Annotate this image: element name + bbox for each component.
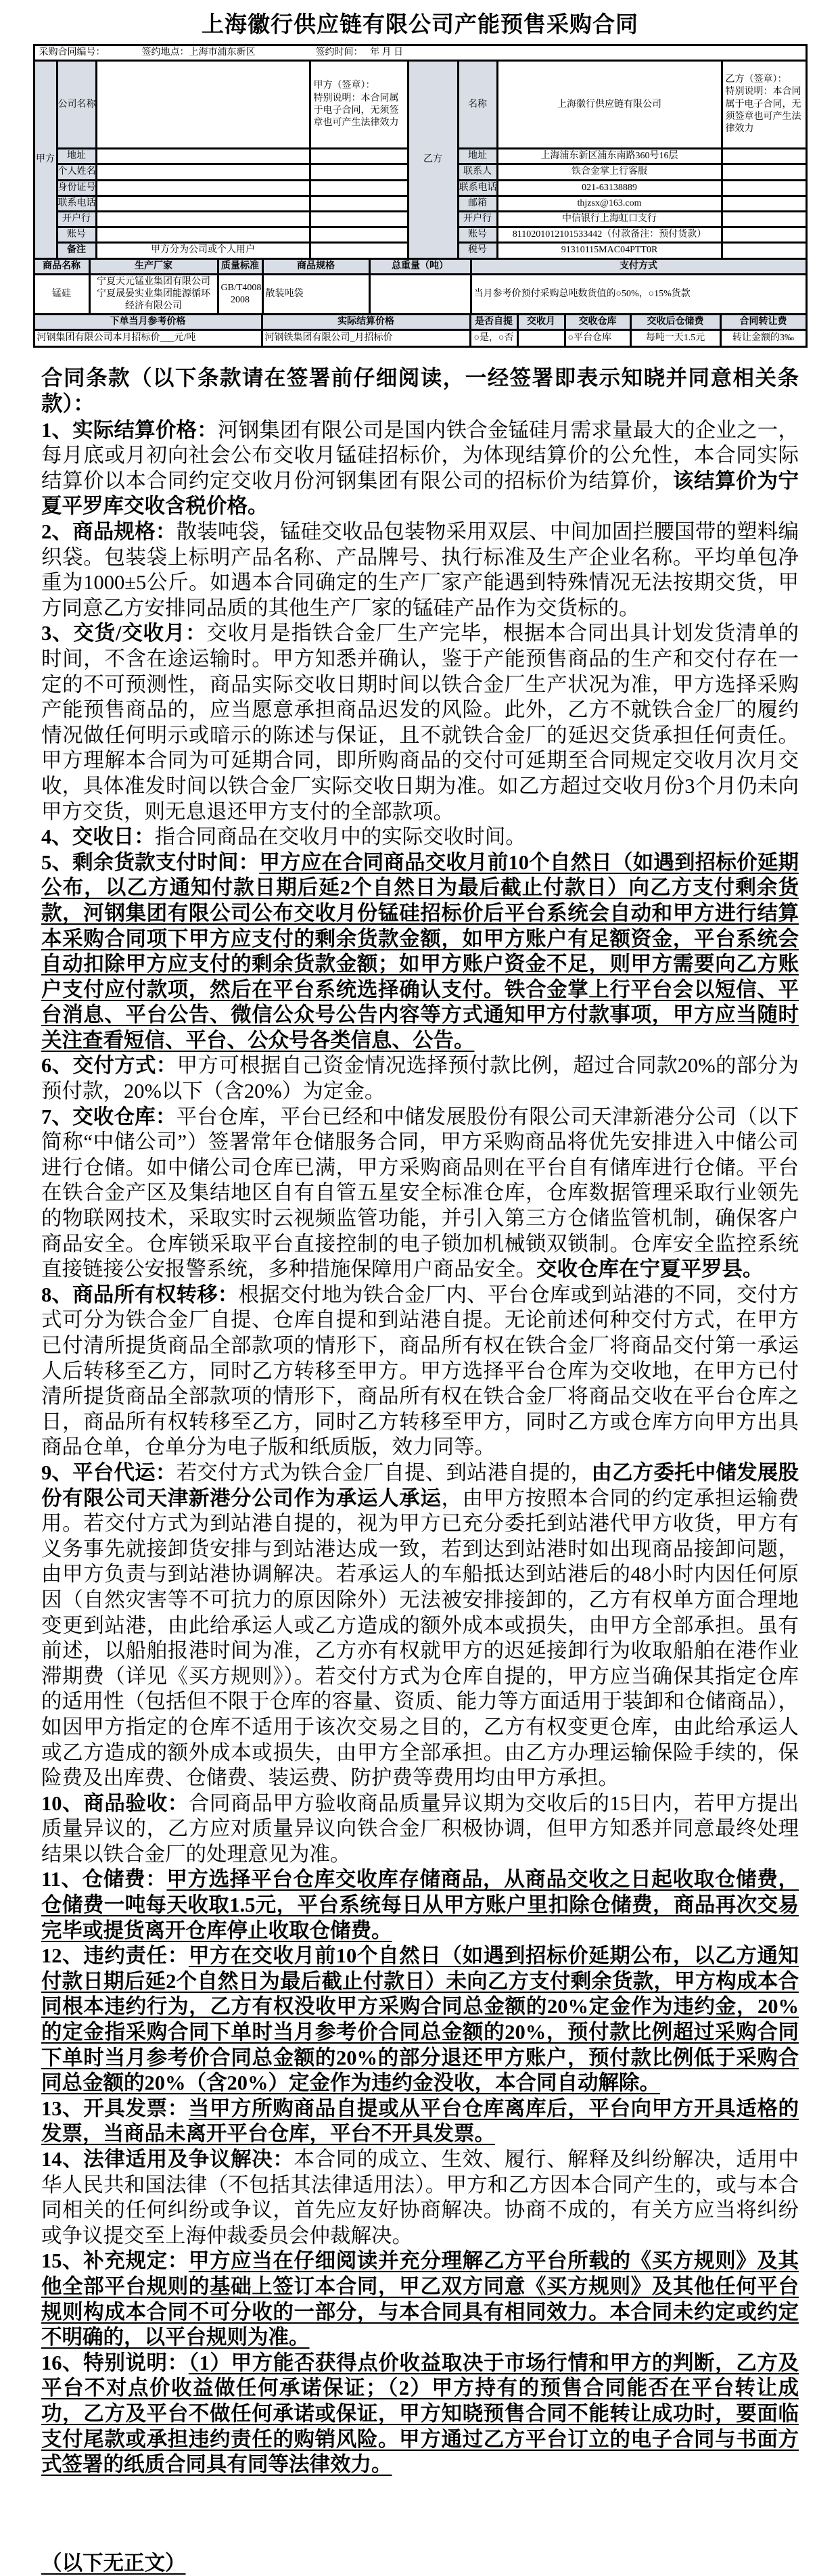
- clause-segment: 交收仓库在宁夏平罗县。: [536, 1258, 764, 1281]
- transfer-fee-value: 转让金额的3‰: [720, 330, 806, 347]
- clause-segment: 2、商品规格：: [41, 520, 177, 543]
- party-a-sign-empty: [310, 195, 408, 211]
- clause-segment: 若交付方式为铁合金厂自提、到站港自提的，: [177, 1461, 592, 1484]
- price-header: 下单当月参考价格: [34, 315, 262, 330]
- clause-segment: 16、特别说明：: [41, 2351, 189, 2374]
- clause-segment: 平台仓库，平台已经和中储发展股份有限公司天津新港分公司（以下简称“中储公司”）签…: [41, 1105, 799, 1281]
- product-table: 商品名称 生产厂家 质量标准 商品规格 总重量（吨） 支付方式 锰硅 宁夏天元锰…: [33, 258, 808, 316]
- party-b-sign-empty: [722, 164, 806, 180]
- party-b-row-label: 联系人: [458, 164, 497, 180]
- price-header: 合同转让费: [720, 315, 806, 330]
- product-producer: 宁夏天元锰业集团有限公司 宁夏晟晏实业集团能源循环经济有限公司: [89, 274, 218, 315]
- party-b-row-value: 91310115MAC04PTT0R: [497, 243, 722, 258]
- party-b-sign-empty: [722, 227, 806, 243]
- self-pickup-option: ○是，○否: [470, 330, 517, 347]
- clause: 1、实际结算价格：河钢集团有限公司是国内铁合金锰硅月需求量最大的企业之一，每月底…: [41, 418, 799, 520]
- clause: 11、仓储费：甲方选择平台仓库交收库存储商品，从商品交收之日起收取仓储费，仓储费…: [41, 1867, 799, 1943]
- party-b-row-label: 税号: [458, 243, 497, 258]
- party-a-row-value: 甲方分为公司或个人用户: [96, 243, 310, 258]
- meta-row: 采购合同编号： 签约地点：上海市浦东新区 签约时间： 年 月 日: [34, 45, 806, 61]
- clause: 4、交收日：指合同商品在交收月中的实际交收时间。: [41, 825, 799, 850]
- clause-segment: 8、商品所有权转移：: [41, 1283, 239, 1306]
- clause: 6、交付方式：甲方可根据自己资金情况选择预付款比例，超过合同款20%的部分为预付…: [41, 1053, 799, 1104]
- party-a-row-value: [96, 149, 310, 164]
- party-a-row-label: 地址: [57, 149, 96, 164]
- party-a-row-label: 账号: [57, 227, 96, 243]
- product-payment: 当月参考价预付采购总吨数货值的○50%，○15%货款: [471, 274, 806, 315]
- clause-segment: 13、开具发票：: [41, 2097, 189, 2120]
- price-settle-value: 河钢铁集团有限公司_月招标价: [262, 330, 470, 347]
- clause-segment: 1、实际结算价格：: [41, 419, 218, 442]
- clause-segment: 10、商品验收：: [41, 1792, 189, 1815]
- page-title: 上海徽行供应链有限公司产能预售采购合同: [0, 7, 840, 39]
- party-table: 采购合同编号： 签约地点：上海市浦东新区 签约时间： 年 月 日 甲方 公司名称…: [33, 44, 808, 260]
- clause-list: 1、实际结算价格：河钢集团有限公司是国内铁合金锰硅月需求量最大的企业之一，每月底…: [41, 418, 799, 2478]
- clause-segment: 11、仓储费：: [41, 1868, 166, 1891]
- party-a-row-label: 联系电话: [57, 195, 96, 211]
- party-b-sign-empty: [722, 243, 806, 258]
- contract-terms: 合同条款（以下条款请在签署前仔细阅读，一经签署即表示知晓并同意相关条款）： 1、…: [41, 365, 799, 2576]
- party-b-sign-empty: [722, 180, 806, 195]
- party-b-row-label: 联系电话: [458, 180, 497, 195]
- party-b-row-value: 8110201012101533442（付款备注：预付货款）: [497, 227, 722, 243]
- delivery-month-value: [517, 330, 565, 347]
- clause-segment: ，由甲方按照本合同的约定承担运输费用。若交付方式为到站港自提的，视为甲方已充分委…: [41, 1487, 799, 1790]
- clause: 12、违约责任：甲方在交收月前10个自然日（如遇到招标价延期公布，以乙方通知付款…: [41, 1943, 799, 2096]
- product-name: 锰硅: [34, 274, 89, 315]
- clause: 9、平台代运：若交付方式为铁合金厂自提、到站港自提的，由乙方委托中储发展股份有限…: [41, 1460, 799, 1791]
- price-table: 下单当月参考价格 实际结算价格 是否自提 交收月 交收仓库 交收后仓储费 合同转…: [33, 313, 808, 348]
- party-a-signature-cell: 甲方（签章）： 特别说明：本合同属于电子合同，无须签章也可产生法律效力: [310, 61, 408, 149]
- price-header: 是否自提: [470, 315, 517, 330]
- party-b-row-value: thjzsx@163.com: [497, 195, 722, 211]
- product-standard: GB/T4008-2008: [218, 274, 262, 315]
- product-header: 商品名称: [34, 258, 89, 274]
- party-a-row-value: [96, 211, 310, 227]
- party-a-row-value: [96, 195, 310, 211]
- clause-segment: 15、补充规定：: [41, 2249, 189, 2272]
- clause: 2、商品规格：散装吨袋，锰硅交收品包装物采用双层、中间加固拦腰国带的塑料编织袋。…: [41, 520, 799, 621]
- clause-segment: 5、剩余货款支付时间：: [41, 851, 259, 874]
- party-b-row-value: 021-63138889: [497, 180, 722, 195]
- clause: 8、商品所有权转移：根据交付地为铁合金厂内、平台仓库或到站港的不同，交付方式可分…: [41, 1283, 799, 1460]
- party-a-row-label: 备注: [57, 243, 96, 258]
- party-b-row-label: 开户行: [458, 211, 497, 227]
- party-b-row-label: 账号: [458, 227, 497, 243]
- clause: 16、特别说明：（1）甲方能否获得点价收益取决于市场行情和甲方的判断，乙方及平台…: [41, 2351, 799, 2478]
- party-b-row-label: 邮箱: [458, 195, 497, 211]
- party-a-sign-empty: [310, 227, 408, 243]
- party-b-row-value: 上海浦东新区浦东南路360号16层: [497, 149, 722, 164]
- party-a-row-value: [96, 164, 310, 180]
- price-header: 交收后仓储费: [630, 315, 720, 330]
- party-a-sign-empty: [310, 243, 408, 258]
- product-header: 商品规格: [262, 258, 369, 274]
- clause: 5、剩余货款支付时间：甲方应在合同商品交收月前10个自然日（如遇到招标价延期公布…: [41, 850, 799, 1054]
- delivery-warehouse-option: ○平台仓库: [565, 330, 630, 347]
- clause-segment: 交收月是指铁合金厂生产完毕，根据本合同出具计划发货清单的时间，不含在途运输时。甲…: [41, 622, 799, 823]
- product-header: 总重量（吨）: [369, 258, 471, 274]
- party-a-row-label: 个人姓名: [57, 164, 96, 180]
- clause: 15、补充规定：甲方应当在仔细阅读并充分理解乙方平台所载的《买方规则》及其他全部…: [41, 2249, 799, 2350]
- party-a-company-value: [96, 61, 310, 149]
- party-b-row-label: 名称: [458, 61, 497, 149]
- clause: 13、开具发票：当甲方所购商品自提或从平台仓库离库后，平台向甲方开具适格的发票，…: [41, 2096, 799, 2147]
- party-a-row-value: [96, 227, 310, 243]
- party-b-row-label: 地址: [458, 149, 497, 164]
- product-header: 质量标准: [218, 258, 262, 274]
- clause-segment: 9、平台代运：: [41, 1461, 177, 1484]
- party-a-sign-empty: [310, 164, 408, 180]
- party-b-signature-cell: 乙方（签章）： 特别说明：本合同属于电子合同，无须签章也可产生法律效力: [722, 61, 806, 149]
- clause: 3、交货/交收月：交收月是指铁合金厂生产完毕，根据本合同出具计划发货清单的时间，…: [41, 621, 799, 825]
- clause: 10、商品验收：合同商品甲方验收商品质量异议期为交收后的15日内，若甲方提出质量…: [41, 1791, 799, 1868]
- clause: 7、交收仓库：平台仓库，平台已经和中储发展股份有限公司天津新港分公司（以下简称“…: [41, 1105, 799, 1283]
- party-a-tag: 甲方: [34, 61, 57, 258]
- party-a-row-label: 开户行: [57, 211, 96, 227]
- party-b-row-value: 中信银行上海虹口支行: [497, 211, 722, 227]
- price-header: 实际结算价格: [262, 315, 470, 330]
- party-a-row-value: [96, 180, 310, 195]
- clause-segment: 7、交收仓库：: [41, 1105, 177, 1128]
- terms-heading: 合同条款（以下条款请在签署前仔细阅读，一经签署即表示知晓并同意相关条款）：: [41, 365, 799, 416]
- party-b-row-value: 铁合金掌上行客服: [497, 164, 722, 180]
- party-a-sign-empty: [310, 149, 408, 164]
- price-header: 交收月: [517, 315, 565, 330]
- party-b-sign-empty: [722, 195, 806, 211]
- party-a-row-label: 身份证号: [57, 180, 96, 195]
- product-spec: 散装吨袋: [262, 274, 369, 315]
- clause-segment: 14、法律适用及争议解决：: [41, 2148, 294, 2171]
- product-header: 支付方式: [471, 258, 806, 274]
- party-a-sign-empty: [310, 211, 408, 227]
- party-b-company-value: 上海徽行供应链有限公司: [497, 61, 722, 149]
- sign-time: 签约时间： 年 月 日: [316, 47, 404, 59]
- clause-segment: 3、交货/交收月：: [41, 622, 206, 645]
- clause-segment: 甲方应在合同商品交收月前10个自然日（如遇到招标价延期公布，以乙方通知付款日期后…: [41, 851, 799, 1052]
- party-a-sign-empty: [310, 180, 408, 195]
- party-b-tag: 乙方: [408, 61, 458, 258]
- clause-segment: 指合同商品在交收月中的实际交收时间。: [155, 825, 526, 848]
- product-weight: [369, 274, 471, 315]
- sign-place: 签约地点：上海市浦东新区: [142, 47, 256, 59]
- clause-segment: 4、交收日：: [41, 825, 155, 848]
- clause-segment: 12、违约责任：: [41, 1944, 189, 1967]
- product-header: 生产厂家: [89, 258, 218, 274]
- storage-fee-value: 每吨一天1.5元: [630, 330, 720, 347]
- party-b-sign-empty: [722, 149, 806, 164]
- contract-no-label: 采购合同编号：: [39, 47, 106, 59]
- price-ref-value: 河钢集团有限公司本月招标价___元/吨: [34, 330, 262, 347]
- no-more-text-note: （以下无正文）: [41, 2551, 799, 2576]
- clause-segment: 根据交付地为铁合金厂内、平台仓库或到站港的不同，交付方式可分为铁合金厂自提、仓库…: [41, 1283, 799, 1459]
- price-header: 交收仓库: [565, 315, 630, 330]
- party-b-sign-empty: [722, 211, 806, 227]
- clause-segment: 6、交付方式：: [41, 1054, 177, 1077]
- clause: 14、法律适用及争议解决：本合同的成立、生效、履行、解释及纠纷解决，适用中华人民…: [41, 2147, 799, 2249]
- party-a-row-label: 公司名称: [57, 61, 96, 149]
